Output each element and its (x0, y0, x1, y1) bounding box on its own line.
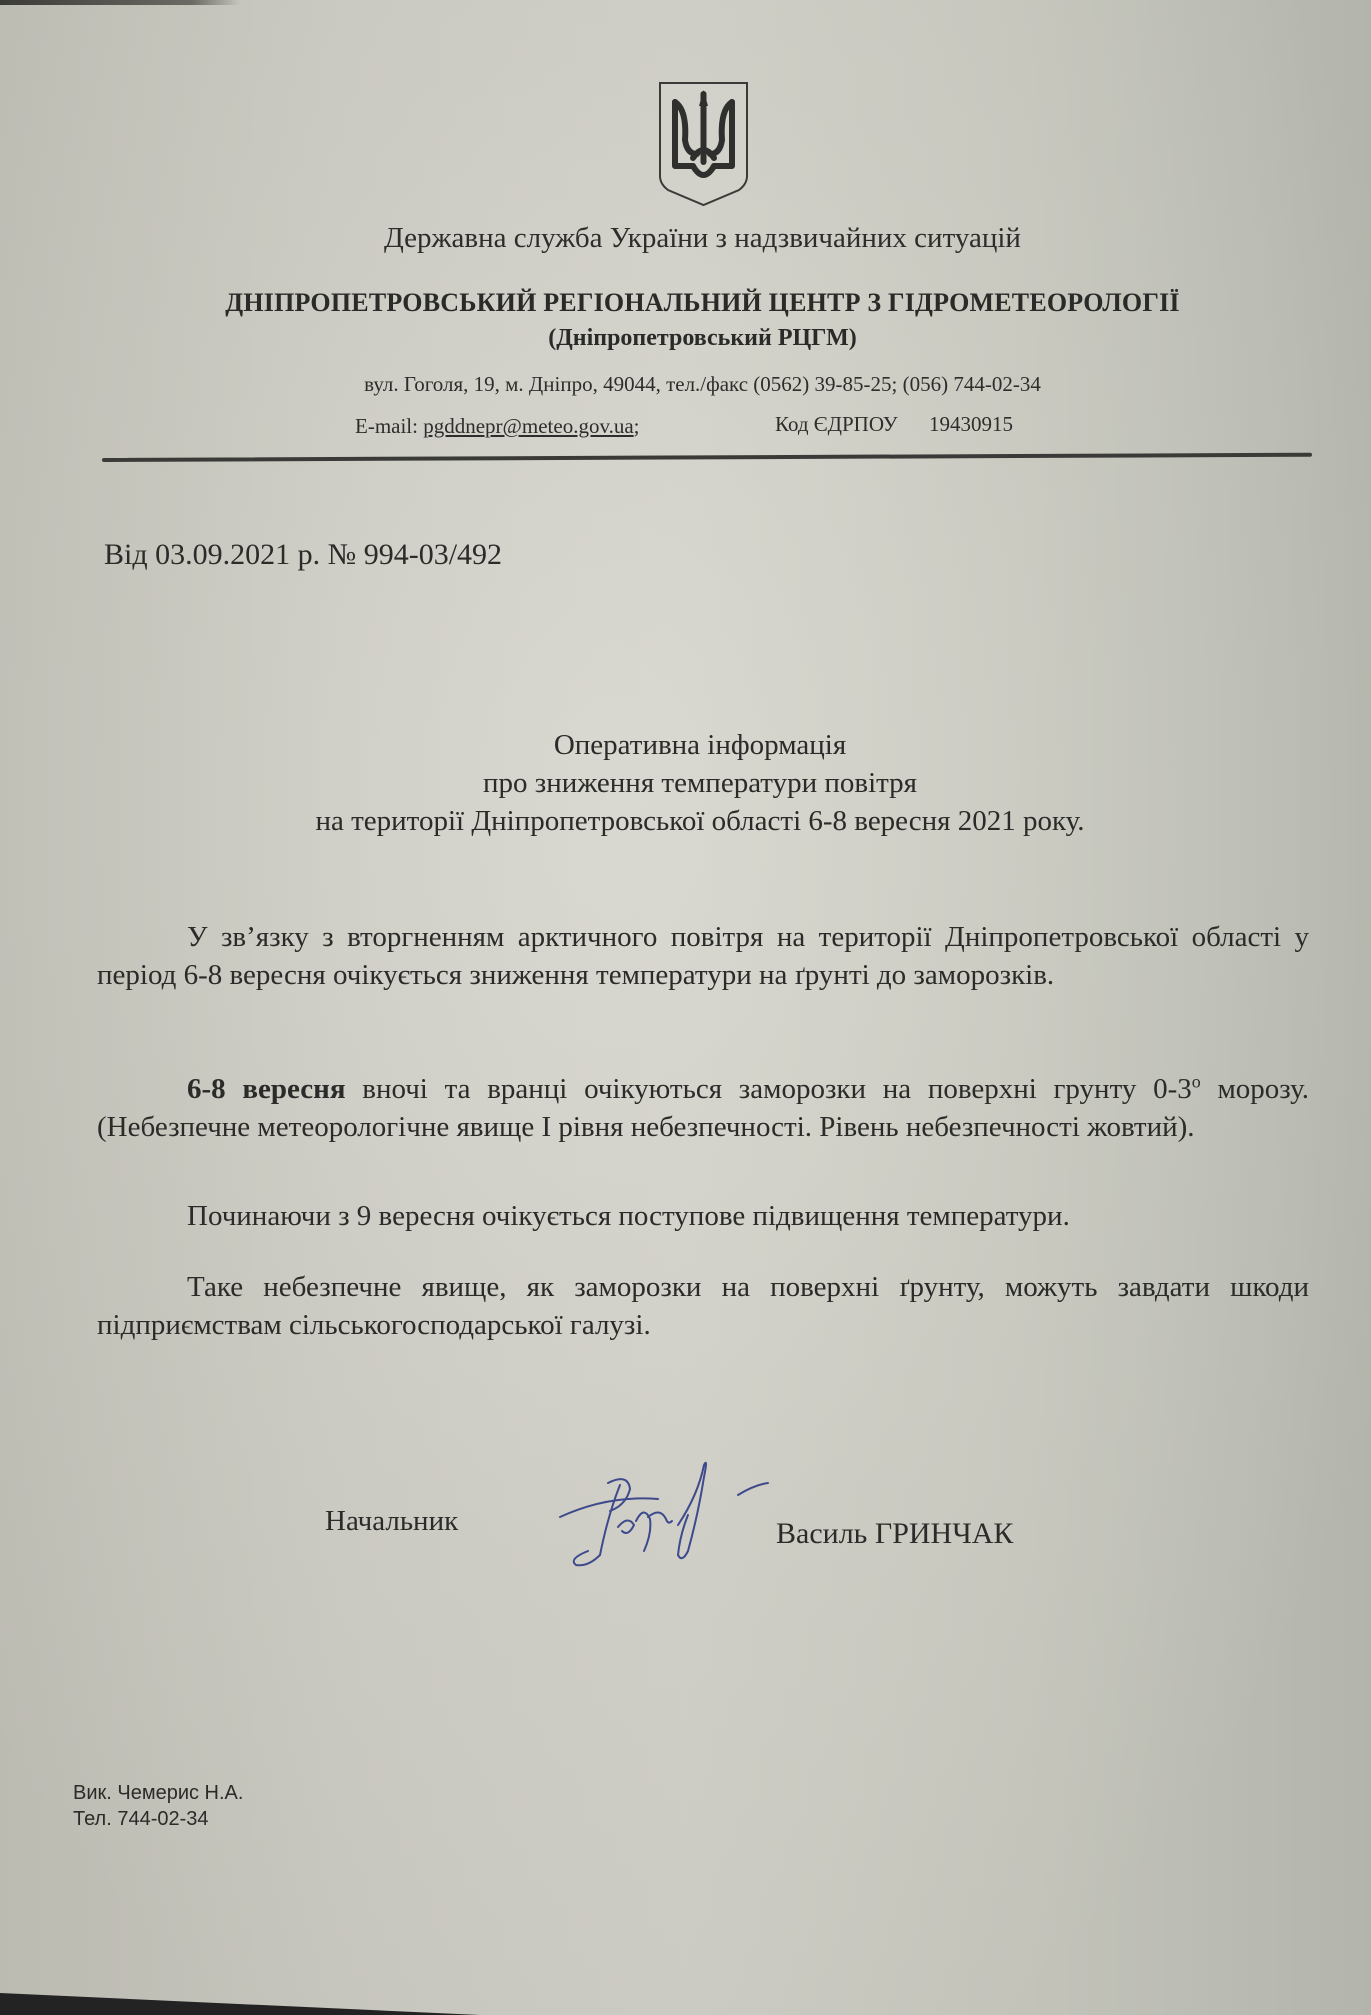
signatory-position: Начальник (325, 1505, 458, 1538)
paragraph-3: Починаючи з 9 вересня очікується поступо… (97, 1197, 1309, 1235)
document-title: Оперативна інформація про зниження темпе… (0, 726, 1371, 840)
address-line: вул. Гоголя, 19, м. Дніпро, 49044, тел./… (0, 372, 1371, 397)
paragraph-2-text-a: вночі та вранці очікуються заморозки на … (346, 1073, 1192, 1105)
degree-sign: o (1192, 1071, 1201, 1091)
edrpou-label: Код ЄДРПОУ (775, 412, 898, 436)
coat-of-arms-icon (657, 80, 750, 208)
handwritten-signature-icon (548, 1455, 808, 1575)
paragraph-2-dates: 6-8 вересня (187, 1073, 346, 1105)
edrpou-line: Код ЄДРПОУ 19430915 (775, 412, 1013, 437)
executor-info: Вик. Чемерис Н.А. Тел. 744-02-34 (73, 1780, 243, 1832)
email-label: E-mail: (355, 414, 418, 438)
agency-name: Державна служба України з надзвичайних с… (0, 222, 1371, 255)
executor-name: Вик. Чемерис Н.А. (73, 1780, 243, 1806)
email-line: E-mail: pgddnepr@meteo.gov.ua; (355, 414, 640, 439)
paragraph-2: 6-8 вересня вночі та вранці очікуються з… (97, 1070, 1309, 1146)
title-line-1: Оперативна інформація (0, 726, 1371, 764)
email-suffix: ; (634, 414, 640, 438)
paragraph-1: У зв’язку з вторгненням арктичного повіт… (97, 918, 1309, 994)
paragraph-4: Таке небезпечне явище, як заморозки на п… (97, 1268, 1309, 1344)
center-abbreviation: (Дніпропетровський РЦГМ) (0, 325, 1371, 352)
title-line-2: про зниження температури повітря (0, 764, 1371, 802)
center-name: ДНІПРОПЕТРОВСЬКИЙ РЕГІОНАЛЬНИЙ ЦЕНТР З Г… (0, 288, 1371, 318)
executor-phone: Тел. 744-02-34 (73, 1806, 243, 1832)
title-line-3: на території Дніпропетровської області 6… (0, 802, 1371, 840)
page-edge-shadow-top (0, 0, 240, 5)
registration-number: Від 03.09.2021 р. № 994-03/492 (104, 538, 502, 572)
signatory-name: Василь ГРИНЧАК (776, 1517, 1013, 1551)
edrpou-code: 19430915 (929, 412, 1013, 436)
email-link[interactable]: pgddnepr@meteo.gov.ua (423, 414, 633, 438)
